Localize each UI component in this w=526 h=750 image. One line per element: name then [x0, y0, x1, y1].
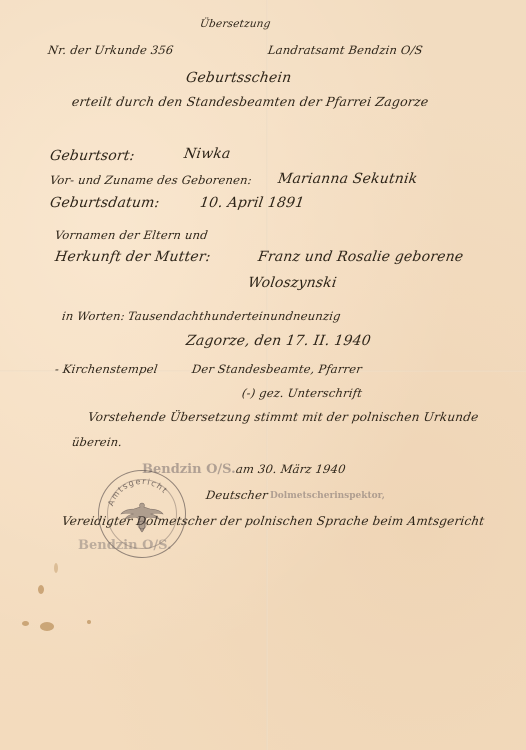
eagle-emblem-icon	[120, 497, 164, 533]
field-value-mother-maiden-name: Woloszynski	[247, 275, 338, 291]
signature-note: (-) gez. Unterschrift	[241, 386, 363, 400]
field-label-mother-origin: Herkunft der Mutter:	[54, 249, 212, 265]
document-page: Übersetzung Nr. der Urkunde 356 Landrats…	[0, 0, 526, 750]
field-value-in-words: Tausendachthunderteinundneunzig	[127, 309, 342, 323]
issuing-office: Landratsamt Bendzin O/S	[267, 43, 424, 57]
field-label-parents: Vornamen der Eltern und	[54, 228, 209, 242]
place-date: Zagorze, den 17. II. 1940	[185, 333, 372, 349]
field-value-parents: Franz und Rosalie geborene	[257, 249, 465, 265]
inspector-handwritten: Deutscher	[205, 488, 269, 502]
field-label-in-words: in Worten:	[61, 309, 126, 323]
seal-bottom-place: Bendzin O/S.	[78, 538, 172, 553]
stain	[22, 621, 29, 626]
field-value-name: Marianna Sekutnik	[277, 171, 419, 187]
certification-line-2: überein.	[71, 435, 123, 449]
certification-line-1: Vorstehende Übersetzung stimmt mit der p…	[87, 410, 479, 424]
field-label-birthdate: Geburtsdatum:	[49, 195, 161, 211]
inspector-stamp: Dolmetscherinspektor,	[270, 491, 385, 501]
registrar-title: Der Standesbeamte, Pfarrer	[191, 362, 363, 376]
field-value-birthdate: 10. April 1891	[199, 195, 306, 211]
sign-date: am 30. März 1940	[235, 462, 347, 476]
certificate-number: Nr. der Urkunde 356	[47, 43, 174, 57]
field-value-birthplace: Niwka	[183, 146, 232, 162]
stain	[87, 620, 91, 624]
stain	[54, 563, 58, 573]
stain	[38, 585, 44, 594]
document-title: Übersetzung	[199, 18, 271, 30]
field-label-name: Vor- und Zuname des Geborenen:	[49, 173, 253, 187]
document-heading: Geburtsschein	[185, 70, 293, 86]
church-seal-note: - Kirchenstempel	[54, 362, 159, 376]
field-label-birthplace: Geburtsort:	[49, 148, 136, 164]
document-subheading: erteilt durch den Standesbeamten der Pfa…	[71, 94, 430, 109]
stain	[40, 622, 54, 631]
